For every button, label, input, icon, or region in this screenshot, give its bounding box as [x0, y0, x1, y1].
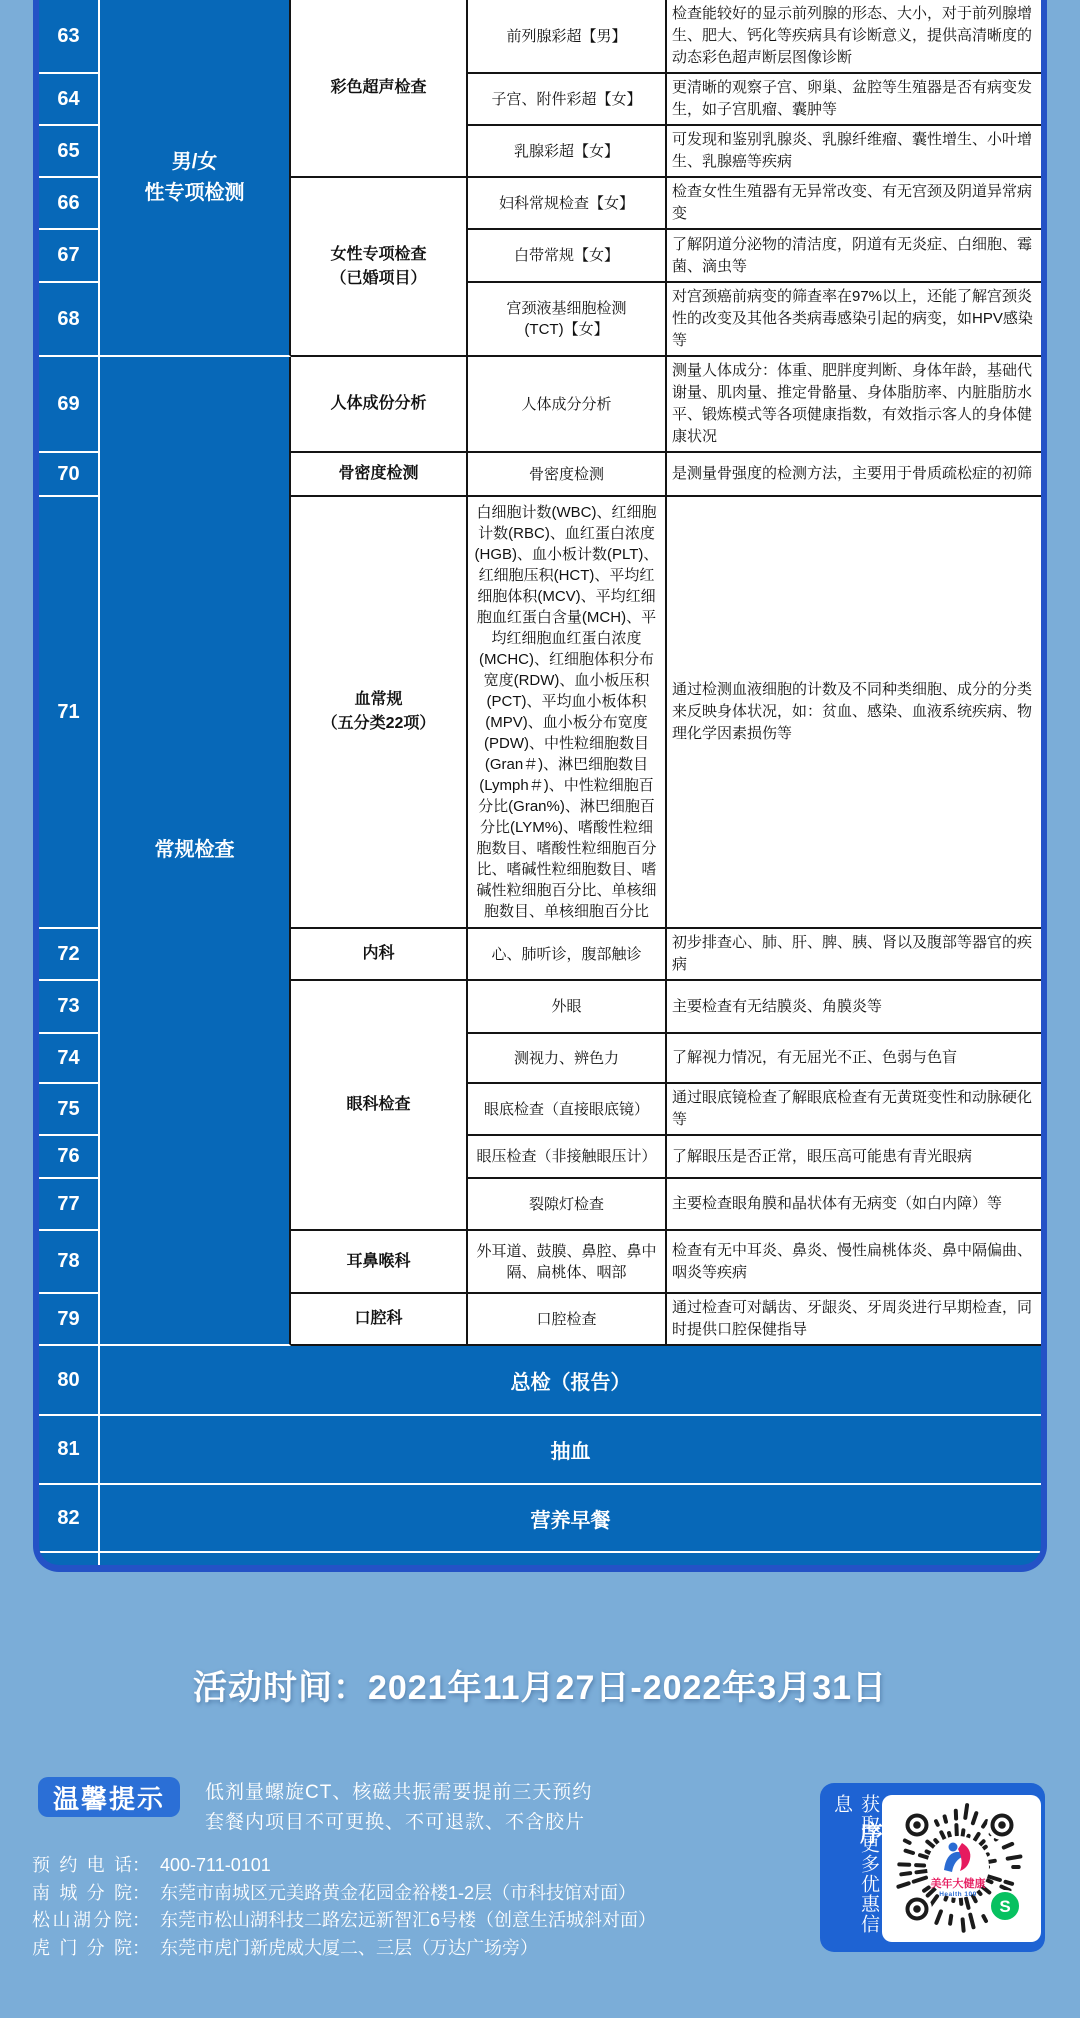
description-cell: 更清晰的观察子宫、卵巢、盆腔等生殖器是否有病变发生，如子宫肌瘤、囊肿等	[667, 74, 1041, 126]
row-number: 65	[39, 126, 100, 178]
qr-code-card: 美年大健康 Health 100 S	[882, 1795, 1041, 1942]
description-cell: 可发现和鉴别乳腺炎、乳腺纤维瘤、囊性增生、小叶增生、乳腺癌等疾病	[667, 126, 1041, 178]
item-cell: 宫颈液基细胞检测 (TCT)【女】	[468, 283, 667, 357]
miniprogram-qr-code: 美年大健康 Health 100 S	[882, 1795, 1041, 1942]
description-cell: 了解眼压是否正常，眼压高可能患有青光眼病	[667, 1136, 1041, 1179]
contact-value: 400-711-0101	[160, 1855, 271, 1875]
package-table: 63男/女 性专项检测彩色超声检查前列腺彩超【男】检查能较好的显示前列腺的形态、…	[33, 0, 1047, 1572]
item-cell: 乳腺彩超【女】	[468, 126, 667, 178]
contact-label: 南城分院	[32, 1880, 132, 1908]
description-cell: 是测量骨强度的检测方法，主要用于骨质疏松症的初筛	[667, 453, 1041, 497]
row-number: 68	[39, 283, 100, 357]
row-number: 71	[39, 497, 100, 929]
item-cell: 前列腺彩超【男】	[468, 0, 667, 74]
subcategory-cell: 眼科检查	[291, 981, 468, 1231]
description-cell: 检查能较好的显示前列腺的形态、大小，对于前列腺增生、肥大、钙化等疾病具有诊断意义…	[667, 0, 1041, 74]
contact-label: 松山湖分院	[32, 1907, 132, 1935]
description-cell: 检查有无中耳炎、鼻炎、慢性扁桃体炎、鼻中隔偏曲、咽炎等疾病	[667, 1231, 1041, 1294]
row-number: 83	[39, 1553, 100, 1572]
contact-row: 预约电话：400-711-0101	[32, 1852, 656, 1880]
row-number: 82	[39, 1485, 100, 1553]
item-cell: 口腔检查	[468, 1294, 667, 1346]
contact-value: 东莞市松山湖科技二路宏远新智汇6号楼（创意生活城斜对面）	[160, 1910, 656, 1930]
row-number: 80	[39, 1346, 100, 1416]
contact-value: 东莞市南城区元美路黄金花园金裕楼1-2层（市科技馆对面）	[160, 1883, 636, 1903]
row-number: 81	[39, 1416, 100, 1485]
subcategory-cell: 彩色超声检查	[291, 0, 468, 178]
activity-period-title: 活动时间：2021年11月27日-2022年3月31日	[0, 1660, 1080, 1709]
contact-label: 预约电话	[32, 1852, 132, 1880]
category-cell: 常规检查	[100, 357, 291, 1346]
contact-label: 虎门分院	[32, 1935, 132, 1963]
contact-colon: ：	[132, 1880, 160, 1908]
contact-row: 南城分院：东莞市南城区元美路黄金花园金裕楼1-2层（市科技馆对面）	[32, 1880, 656, 1908]
subcategory-cell: 骨密度检测	[291, 453, 468, 497]
row-number: 78	[39, 1231, 100, 1294]
miniprogram-panel: 获取更多优惠信息 打开小程序 美年大健康 Health 100 S	[820, 1783, 1045, 1952]
subcategory-cell: 人体成份分析	[291, 357, 468, 453]
description-cell: 通过检测血液细胞的计数及不同种类细胞、成分的分类来反映身体状况，如：贫血、感染、…	[667, 497, 1041, 929]
row-number: 76	[39, 1136, 100, 1179]
subcategory-cell: 耳鼻喉科	[291, 1231, 468, 1294]
item-cell: 眼底检查（直接眼底镜）	[468, 1084, 667, 1136]
contact-colon: ：	[132, 1852, 160, 1880]
row-number: 72	[39, 929, 100, 981]
item-cell: 白细胞计数(WBC)、红细胞计数(RBC)、血红蛋白浓度(HGB)、血小板计数(…	[468, 497, 667, 929]
svg-text:Health 100: Health 100	[939, 1891, 977, 1898]
item-cell: 测视力、辨色力	[468, 1034, 667, 1084]
subcategory-cell: 内科	[291, 929, 468, 981]
subcategory-cell: 女性专项检查 （已婚项目）	[291, 178, 468, 357]
contact-row: 松山湖分院：东莞市松山湖科技二路宏远新智汇6号楼（创意生活城斜对面）	[32, 1907, 656, 1935]
item-cell: 妇科常规检查【女】	[468, 178, 667, 230]
item-cell: 外眼	[468, 981, 667, 1034]
row-number: 70	[39, 453, 100, 497]
item-cell: 骨密度检测	[468, 453, 667, 497]
contact-colon: ：	[132, 1935, 160, 1963]
tip-line-1: 低剂量螺旋CT、核磁共振需要提前三天预约	[205, 1777, 592, 1804]
description-cell: 主要检查有无结膜炎、角膜炎等	[667, 981, 1041, 1034]
description-cell: 了解视力情况，有无屈光不正、色弱与色盲	[667, 1034, 1041, 1084]
item-cell: 子宫、附件彩超【女】	[468, 74, 667, 126]
row-full-label: 合计：4658元/人	[100, 1553, 1041, 1572]
warm-tips-badge: 温馨提示	[38, 1777, 180, 1817]
row-number: 79	[39, 1294, 100, 1346]
row-number: 64	[39, 74, 100, 126]
subcategory-cell: 血常规 （五分类22项）	[291, 497, 468, 929]
row-number: 73	[39, 981, 100, 1034]
item-cell: 心、肺听诊，腹部触诊	[468, 929, 667, 981]
description-cell: 通过眼底镜检查了解眼底检查有无黄斑变性和动脉硬化等	[667, 1084, 1041, 1136]
category-cell: 男/女 性专项检测	[100, 0, 291, 357]
svg-text:美年大健康: 美年大健康	[931, 1876, 986, 1890]
description-cell: 主要检查眼角膜和晶状体有无病变（如白内障）等	[667, 1179, 1041, 1231]
item-cell: 裂隙灯检查	[468, 1179, 667, 1231]
item-cell: 白带常规【女】	[468, 230, 667, 283]
contact-value: 东莞市虎门新虎威大厦二、三层（万达广场旁）	[160, 1938, 538, 1958]
tip-line-2: 套餐内项目不可更换、不可退款、不含胶片	[205, 1807, 585, 1834]
description-cell: 初步排查心、肺、肝、脾、胰、肾以及腹部等器官的疾病	[667, 929, 1041, 981]
contact-colon: ：	[132, 1907, 160, 1935]
row-full-label: 总检（报告）	[100, 1346, 1041, 1416]
row-full-label: 抽血	[100, 1416, 1041, 1485]
row-number: 69	[39, 357, 100, 453]
description-cell: 检查女性生殖器有无异常改变、有无宫颈及阴道异常病变	[667, 178, 1041, 230]
description-cell: 了解阴道分泌物的清洁度，阴道有无炎症、白细胞、霉菌、滴虫等	[667, 230, 1041, 283]
contact-block: 预约电话：400-711-0101南城分院：东莞市南城区元美路黄金花园金裕楼1-…	[32, 1852, 656, 1962]
row-number: 77	[39, 1179, 100, 1231]
description-cell: 对宫颈癌前病变的筛查率在97%以上，还能了解宫颈炎性的改变及其他各类病毒感染引起…	[667, 283, 1041, 357]
contact-row: 虎门分院：东莞市虎门新虎威大厦二、三层（万达广场旁）	[32, 1935, 656, 1963]
row-number: 75	[39, 1084, 100, 1136]
row-number: 74	[39, 1034, 100, 1084]
item-cell: 眼压检查（非接触眼压计）	[468, 1136, 667, 1179]
description-cell: 测量人体成分：体重、肥胖度判断、身体年龄，基础代谢量、肌肉量、推定骨骼量、身体脂…	[667, 357, 1041, 453]
row-number: 67	[39, 230, 100, 283]
row-full-label: 营养早餐	[100, 1485, 1041, 1553]
item-cell: 人体成分分析	[468, 357, 667, 453]
row-number: 63	[39, 0, 100, 74]
description-cell: 通过检查可对龋齿、牙龈炎、牙周炎进行早期检查，同时提供口腔保健指导	[667, 1294, 1041, 1346]
row-number: 66	[39, 178, 100, 230]
subcategory-cell: 口腔科	[291, 1294, 468, 1346]
exam-items-table: 63男/女 性专项检测彩色超声检查前列腺彩超【男】检查能较好的显示前列腺的形态、…	[39, 0, 1041, 1572]
svg-text:S: S	[999, 1897, 1010, 1916]
item-cell: 外耳道、鼓膜、鼻腔、鼻中隔、扁桃体、咽部	[468, 1231, 667, 1294]
